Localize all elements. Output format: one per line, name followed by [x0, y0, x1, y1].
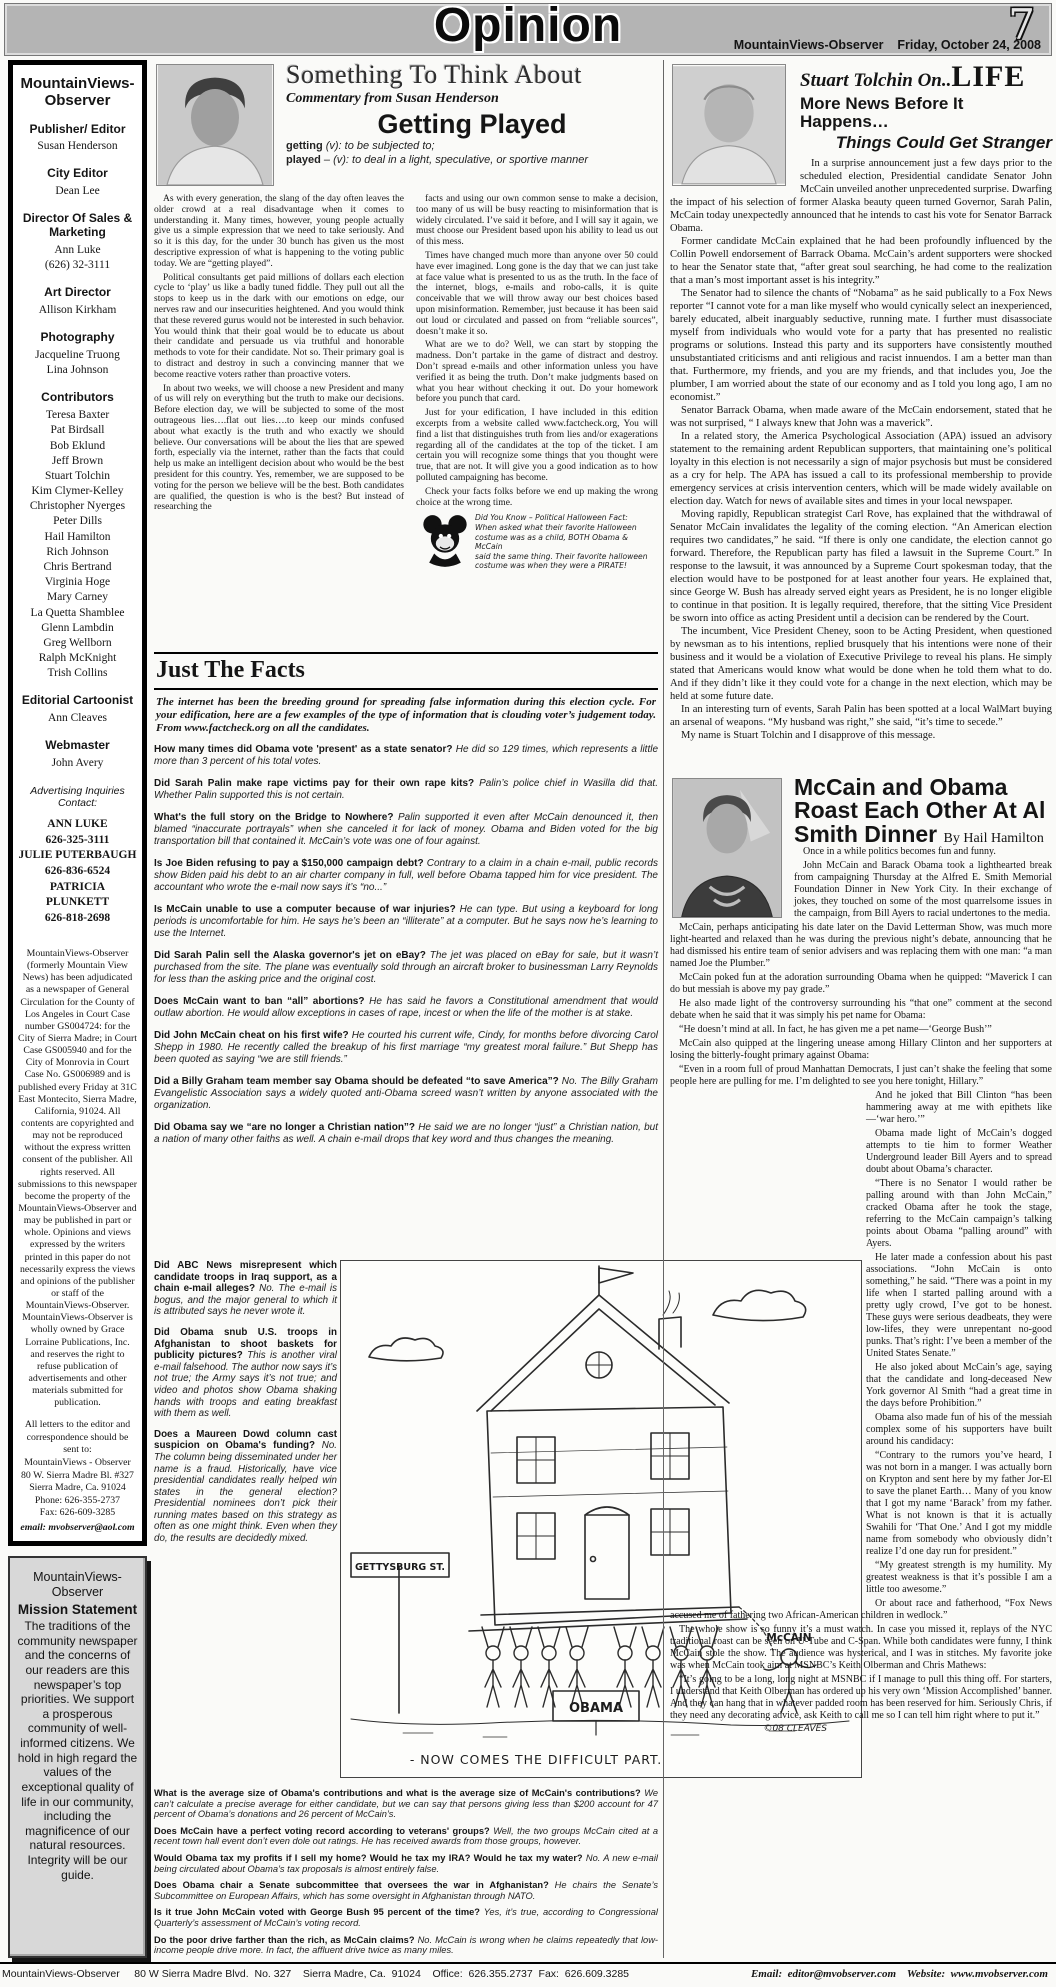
cartoonist-signature: ©08 CLEAVES [763, 1724, 827, 1734]
portrait-image [673, 779, 781, 917]
masthead-section: WebmasterJohn Avery [18, 739, 137, 771]
paragraph: “Even in a room full of proud Manhattan … [670, 1064, 1052, 1088]
fact-check-item: Did Obama snub U.S. troops in Afghanista… [154, 1327, 337, 1420]
roast-article: McCain and Obama Roast Each Other At Al … [670, 776, 1052, 1722]
byline: Commentary from Susan Henderson [286, 91, 658, 107]
staff-sections: Publisher/ EditorSusan HendersonCity Edi… [18, 123, 137, 772]
masthead-section: City EditorDean Lee [18, 167, 137, 199]
roast-byline: By Hail Hamilton [944, 831, 1044, 846]
tolchin-body: In a surprise announcement just a few da… [670, 157, 1052, 742]
masthead-section: Art DirectorAllison Kirkham [18, 286, 137, 318]
fact-check-item: Is Joe Biden refusing to pay a $150,000 … [154, 858, 658, 894]
paragraph: In a related story, the America Psycholo… [670, 430, 1052, 508]
fact-check-item: Did Sarah Palin sell the Alaska governor… [154, 950, 658, 986]
stuart-tolchin-photo [672, 64, 786, 186]
letters-address: All letters to the editor and correspond… [18, 1419, 137, 1519]
fact-check-item: Is McCain unable to use a computer becau… [154, 904, 658, 940]
life-wordmark: LIFE [951, 60, 1025, 93]
mission-body: The traditions of the community newspape… [17, 1619, 138, 1882]
portrait-image [157, 65, 273, 185]
masthead-section: PhotographyJacqueline TruongLina Johnson [18, 331, 137, 378]
roast-body-rest: And he joked that Bill Clinton “has been… [670, 1090, 1052, 1722]
cartoon-caption: - NOW COMES THE DIFFICULT PART. [410, 1752, 662, 1767]
fact-check-item: Do the poor drive farther than the rich,… [154, 1935, 658, 1956]
footer-address: MountainViews-Observer 80 W Sierra Madre… [2, 1968, 629, 1980]
fact-check-item: Did ABC News misrepresent which candidat… [154, 1260, 337, 1318]
page-footer: MountainViews-Observer 80 W Sierra Madre… [0, 1962, 1056, 1987]
column-1: As with every generation, the slang of t… [154, 194, 404, 652]
fact-check-item: Is it true John McCain voted with George… [154, 1907, 658, 1928]
fact-check-item: Would Obama tax my profits if I sell my … [154, 1853, 658, 1874]
dateline: MountainViews-Observer Friday, October 2… [734, 38, 1041, 52]
fact-check-item: Did Sarah Palin make rape victims pay fo… [154, 778, 658, 802]
paragraph: As with every generation, the slang of t… [154, 194, 404, 270]
fact-check-item: Does McCain want to ban “all” abortions?… [154, 996, 658, 1020]
facts-list-top: How many times did Obama vote 'present' … [154, 744, 658, 1260]
section-title: Just The Facts [154, 654, 658, 690]
paragraph: “He doesn’t mind at all. In fact, he has… [670, 1024, 1052, 1036]
masthead-section: ContributorsTeresa BaxterPat BirdsallBob… [18, 391, 137, 681]
check-your-facts-line: Check your facts folks before we end up … [416, 487, 658, 509]
paragraph: Former candidate McCain explained that h… [670, 235, 1052, 287]
section-intro: The internet has been the breeding groun… [156, 696, 656, 735]
paragraph: Political consultants get paid millions … [154, 273, 404, 381]
sidebar-masthead: MountainViews- Observer Publisher/ Edito… [8, 60, 147, 1546]
hail-hamilton-photo [672, 778, 782, 918]
cartoon-overlap-spacer [670, 1090, 866, 1610]
susan-henderson-photo [156, 64, 274, 186]
facts-list-bottom: What is the average size of Obama's cont… [154, 1788, 658, 1983]
article-columns: As with every generation, the slang of t… [154, 194, 658, 652]
fact-check-item: What is the average size of Obama's cont… [154, 1788, 658, 1820]
mickey-mouse-icon [420, 513, 470, 569]
fact-check-item: Did a Billy Graham team member say Obama… [154, 1076, 658, 1112]
fact-check-item: Does a Maureen Dowd column cast suspicio… [154, 1429, 337, 1545]
fact-check-item: How many times did Obama vote 'present' … [154, 744, 658, 768]
masthead-section: Publisher/ EditorSusan Henderson [18, 123, 137, 155]
just-the-facts-section: Just The Facts The internet has been the… [154, 652, 658, 1987]
portrait-image [673, 65, 785, 185]
fact-check-item: What's the full story on the Bridge to N… [154, 812, 658, 848]
halloween-note: Did You Know – Political Halloween Fact:… [416, 511, 658, 571]
paragraph: Senator Barrack Obama, when made aware o… [670, 404, 1052, 430]
definition-line-2: played – (v): to deal in a light, specul… [286, 154, 658, 168]
fact-check-item: Did John McCain cheat on his first wife?… [154, 1030, 658, 1066]
paragraph: What are we to do? Well, we can start by… [416, 340, 658, 405]
advertising-label: Advertising Inquiries Contact: [18, 785, 137, 809]
paragraph: McCain, perhaps anticipating his date la… [670, 922, 1052, 970]
mission-title: Mission Statement [17, 1602, 138, 1617]
masthead: Opinion 7 MountainViews-Observer Friday,… [4, 3, 1052, 56]
column-divider [663, 60, 664, 1958]
newspaper-opinion-page: Opinion 7 MountainViews-Observer Friday,… [0, 0, 1056, 1987]
paragraph: My name is Stuart Tolchin and I disappro… [670, 729, 1052, 742]
mission-org: MountainViews- Observer [17, 1570, 138, 1600]
definition-line-1: getting (v): to be subjected to; [286, 140, 658, 154]
column-2: facts and using our own common sense to … [416, 194, 658, 652]
paragraph: McCain poked fun at the adoration surrou… [670, 972, 1052, 996]
masthead-section: Director Of Sales & MarketingAnn Luke(62… [18, 212, 137, 273]
right-column: Stuart Tolchin On..LIFE More News Before… [670, 60, 1052, 1724]
getting-played-article: Something To Think About Commentary from… [154, 60, 658, 652]
paragraph: The whole show is so funny it’s a must w… [670, 1624, 1052, 1672]
facts-cartoon-row: Did ABC News misrepresent which candidat… [154, 1260, 658, 1782]
facts-list-side: Did ABC News misrepresent which candidat… [154, 1260, 337, 1545]
kicker: Something To Think About [286, 60, 658, 90]
article-title: Getting Played [286, 109, 658, 140]
paragraph: Moving rapidly, Republican strategist Ca… [670, 508, 1052, 625]
paper-title: MountainViews- Observer [18, 75, 137, 110]
cartoon-obama-sign: OBAMA [569, 1701, 623, 1716]
legal-notice: MountainViews-Observer (formerly Mountai… [18, 948, 137, 1409]
paragraph: Just for your edification, I have includ… [416, 408, 658, 484]
editor-email: email: mvobserver@aol.com [18, 1522, 137, 1533]
advertising-contacts: ANN LUKE626-325-3111JULIE PUTERBAUGH626-… [18, 817, 137, 926]
paragraph: The Senator had to silence the chants of… [670, 287, 1052, 404]
paragraph: McCain also quipped at the lingering une… [670, 1038, 1052, 1062]
cartoon-street-sign: GETTYSBURG ST. [355, 1562, 445, 1573]
tolchin-column: Stuart Tolchin On..LIFE More News Before… [670, 60, 1052, 742]
paragraph: He also made light of the controversy su… [670, 998, 1052, 1022]
paragraph: In about two weeks, we will choose a new… [154, 384, 404, 514]
paragraph: Times have changed much more than anyone… [416, 251, 658, 337]
masthead-section: Editorial CartoonistAnn Cleaves [18, 694, 137, 726]
paragraph: The incumbent, Vice President Cheney, so… [670, 625, 1052, 703]
fact-check-item: Did Obama say we “are no longer a Christ… [154, 1122, 658, 1146]
fact-check-item: Does McCain have a perfect voting record… [154, 1826, 658, 1847]
getting-played-header: Something To Think About Commentary from… [154, 60, 658, 188]
mission-statement-box: MountainViews- Observer Mission Statemen… [8, 1556, 147, 1958]
paragraph: facts and using our own common sense to … [416, 194, 658, 248]
paragraph: “It’s going to be a long, long night at … [670, 1674, 1052, 1722]
footer-contact: Email: editor@mvobserver.com Website: ww… [751, 1968, 1048, 1980]
paragraph: In an interesting turn of events, Sarah … [670, 703, 1052, 729]
fact-check-item: Does Obama chair a Senate subcommittee t… [154, 1880, 658, 1901]
